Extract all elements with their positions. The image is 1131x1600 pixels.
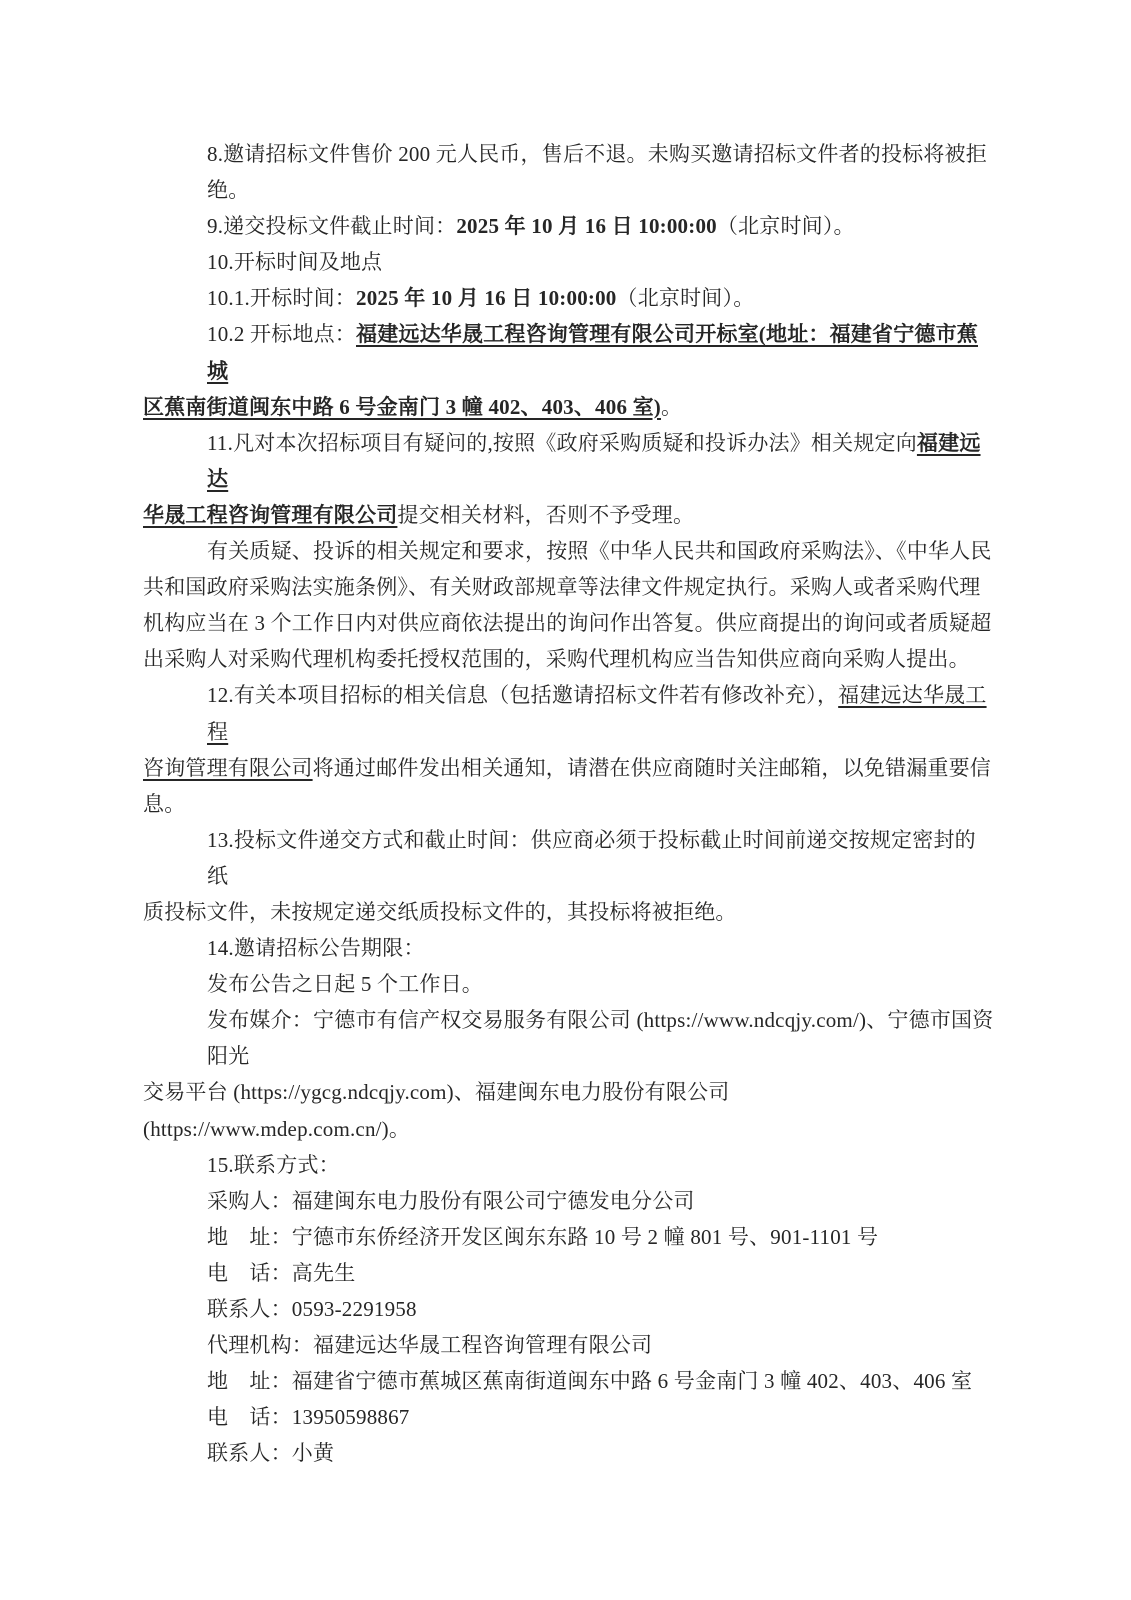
- text-line: 共和国政府采购法实施条例》、有关财政部规章等法律文件规定执行。采购人或者采购代理: [143, 569, 995, 605]
- text-segment: 10.开标时间及地点: [207, 250, 382, 274]
- document-body: 8.邀请招标文件售价 200 元人民币，售后不退。未购买邀请招标文件者的投标将被…: [143, 136, 995, 1471]
- text-line: 联系人：0593-2291958: [143, 1291, 995, 1327]
- text-line: 采购人：福建闽东电力股份有限公司宁德发电分公司: [143, 1183, 995, 1219]
- text-segment: 代理机构：福建远达华晟工程咨询管理有限公司: [207, 1333, 652, 1357]
- text-segment: 采购人：福建闽东电力股份有限公司宁德发电分公司: [207, 1189, 695, 1213]
- text-line: 电 话：高先生: [143, 1255, 995, 1291]
- text-line: 区蕉南街道闽东中路 6 号金南门 3 幢 402、403、406 室)。: [143, 389, 995, 425]
- text-segment: 14.邀请招标公告期限：: [207, 936, 425, 960]
- text-line: 出采购人对采购代理机构委托授权范围的，采购代理机构应当告知供应商向采购人提出。: [143, 641, 995, 677]
- text-line: 9.递交投标文件截止时间：2025 年 10 月 16 日 10:00:00（北…: [143, 208, 995, 244]
- text-line: 联系人：小黄: [143, 1435, 995, 1471]
- document-page: 8.邀请招标文件售价 200 元人民币，售后不退。未购买邀请招标文件者的投标将被…: [0, 0, 1131, 1600]
- text-line: 14.邀请招标公告期限：: [143, 930, 995, 966]
- text-line: 电 话：13950598867: [143, 1399, 995, 1435]
- text-segment: 发布公告之日起 5 个工作日。: [207, 972, 483, 996]
- text-segment: 共和国政府采购法实施条例》、有关财政部规章等法律文件规定执行。采购人或者采购代理: [143, 575, 981, 599]
- text-segment: 15.联系方式：: [207, 1153, 340, 1177]
- text-segment: 2025 年 10 月 16 日 10:00:00: [356, 286, 617, 310]
- text-segment: 12.有关本项目招标的相关信息（包括邀请招标文件若有修改补充），: [207, 683, 838, 707]
- text-line: 11.凡对本次招标项目有疑问的,按照《政府采购质疑和投诉办法》相关规定向福建远达: [143, 425, 995, 497]
- text-segment: 地 址：福建省宁德市蕉城区蕉南街道闽东中路 6 号金南门 3 幢 402、403…: [207, 1369, 972, 1393]
- text-line: 华晟工程咨询管理有限公司提交相关材料，否则不予受理。: [143, 497, 995, 533]
- text-segment: 出采购人对采购代理机构委托授权范围的，采购代理机构应当告知供应商向采购人提出。: [143, 647, 970, 671]
- text-line: 交易平台 (https://ygcg.ndcqjy.com)、福建闽东电力股份有…: [143, 1074, 995, 1146]
- text-segment: 。: [661, 395, 682, 419]
- text-segment: （北京时间）。: [717, 214, 855, 238]
- text-segment: 提交相关材料，否则不予受理。: [397, 503, 694, 527]
- text-segment: 息。: [143, 792, 185, 816]
- text-segment: 机构应当在 3 个工作日内对供应商依法提出的询问作出答复。供应商提出的询问或者质…: [143, 611, 991, 635]
- text-segment: 地 址：宁德市东侨经济开发区闽东东路 10 号 2 幢 801 号、901-11…: [207, 1225, 878, 1249]
- text-line: 10.2 开标地点：福建远达华晟工程咨询管理有限公司开标室(地址：福建省宁德市蕉…: [143, 316, 995, 388]
- text-segment: 10.2 开标地点：: [207, 322, 356, 346]
- text-line: 质投标文件，未按规定递交纸质投标文件的，其投标将被拒绝。: [143, 894, 995, 930]
- text-segment: 11.凡对本次招标项目有疑问的,按照《政府采购质疑和投诉办法》相关规定向: [207, 431, 917, 455]
- text-segment: 13.投标文件递交方式和截止时间：供应商必须于投标截止时间前递交按规定密封的纸: [207, 828, 976, 888]
- text-segment: 联系人：小黄: [207, 1441, 334, 1465]
- text-segment: 有关质疑、投诉的相关规定和要求，按照《中华人民共和国政府采购法》、《中华人民: [207, 539, 992, 563]
- text-line: 8.邀请招标文件售价 200 元人民币，售后不退。未购买邀请招标文件者的投标将被…: [143, 136, 995, 208]
- text-segment: 发布媒介：宁德市有信产权交易服务有限公司 (https://www.ndcqjy…: [207, 1008, 993, 1068]
- text-segment: 交易平台 (https://ygcg.ndcqjy.com)、福建闽东电力股份有…: [143, 1080, 735, 1140]
- text-segment: 10.1.开标时间：: [207, 286, 356, 310]
- text-line: 地 址：福建省宁德市蕉城区蕉南街道闽东中路 6 号金南门 3 幢 402、403…: [143, 1363, 995, 1399]
- text-line: 发布媒介：宁德市有信产权交易服务有限公司 (https://www.ndcqjy…: [143, 1002, 995, 1074]
- text-segment: （北京时间）。: [617, 286, 755, 310]
- text-line: 10.1.开标时间：2025 年 10 月 16 日 10:00:00（北京时间…: [143, 280, 995, 316]
- text-line: 息。: [143, 786, 995, 822]
- text-line: 13.投标文件递交方式和截止时间：供应商必须于投标截止时间前递交按规定密封的纸: [143, 822, 995, 894]
- text-segment: 将通过邮件发出相关通知，请潜在供应商随时关注邮箱，以免错漏重要信: [313, 756, 991, 780]
- text-segment: 电 话：高先生: [207, 1261, 355, 1285]
- text-line: 有关质疑、投诉的相关规定和要求，按照《中华人民共和国政府采购法》、《中华人民: [143, 533, 995, 569]
- text-line: 12.有关本项目招标的相关信息（包括邀请招标文件若有修改补充），福建远达华晟工程: [143, 677, 995, 749]
- text-line: 代理机构：福建远达华晟工程咨询管理有限公司: [143, 1327, 995, 1363]
- text-segment: 区蕉南街道闽东中路 6 号金南门 3 幢 402、403、406 室): [143, 395, 661, 419]
- text-segment: 咨询管理有限公司: [143, 756, 313, 780]
- text-segment: 8.邀请招标文件售价 200 元人民币，售后不退。未购买邀请招标文件者的投标将被…: [207, 142, 987, 202]
- text-line: 10.开标时间及地点: [143, 244, 995, 280]
- text-line: 机构应当在 3 个工作日内对供应商依法提出的询问作出答复。供应商提出的询问或者质…: [143, 605, 995, 641]
- text-line: 15.联系方式：: [143, 1147, 995, 1183]
- text-line: 地 址：宁德市东侨经济开发区闽东东路 10 号 2 幢 801 号、901-11…: [143, 1219, 995, 1255]
- text-segment: 电 话：13950598867: [207, 1405, 410, 1429]
- text-segment: 2025 年 10 月 16 日 10:00:00: [456, 214, 717, 238]
- text-segment: 质投标文件，未按规定递交纸质投标文件的，其投标将被拒绝。: [143, 900, 737, 924]
- text-segment: 9.递交投标文件截止时间：: [207, 214, 456, 238]
- text-line: 发布公告之日起 5 个工作日。: [143, 966, 995, 1002]
- text-segment: 华晟工程咨询管理有限公司: [143, 503, 397, 527]
- text-line: 咨询管理有限公司将通过邮件发出相关通知，请潜在供应商随时关注邮箱，以免错漏重要信: [143, 750, 995, 786]
- text-segment: 联系人：0593-2291958: [207, 1297, 417, 1321]
